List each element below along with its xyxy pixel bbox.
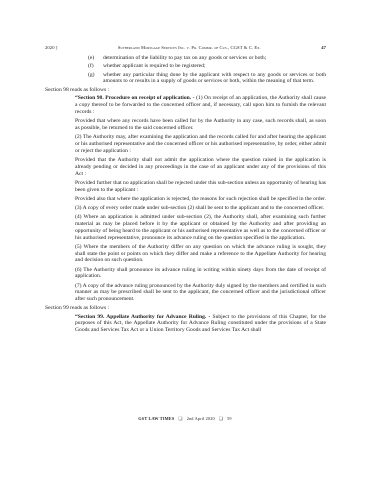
- footer-sheet-number: 59: [227, 416, 232, 421]
- clause-item: (g) whether any particular thing done by…: [88, 72, 326, 86]
- statute-heading: “Section 99. Appellate Authority for Adv…: [75, 314, 212, 320]
- statute-text: (7) A copy of the advance ruling pronoun…: [75, 283, 326, 303]
- statute-paragraph: “Section 98. Procedure on receipt of app…: [75, 95, 326, 115]
- footer-date: 2nd April 2020: [187, 416, 215, 421]
- header-year: 2020 ]: [45, 45, 57, 50]
- running-header: 2020 ] Sutherland Mortgage Services Inc.…: [45, 45, 326, 50]
- statute-text: (6) The Authority shall pronounce its ad…: [75, 267, 326, 280]
- statute-text: (5) Where the members of the Authority d…: [75, 244, 326, 264]
- clause-label: (e): [88, 55, 103, 62]
- statute-paragraph: Provided also that where the application…: [75, 196, 326, 203]
- section98-lead: Section 98 reads as follows :: [45, 87, 326, 94]
- header-page-number: 47: [321, 45, 326, 50]
- section99-lead: Section 99 reads as follows :: [45, 305, 326, 312]
- statute-text: Provided further that no application sha…: [75, 180, 326, 193]
- statute-text: (2) The Authority may, after examining t…: [75, 134, 326, 154]
- clause-label: (f): [88, 63, 103, 70]
- clause-text: determination of the liability to pay ta…: [103, 55, 326, 62]
- section98-quoted-block: “Section 98. Procedure on receipt of app…: [75, 95, 326, 302]
- statute-paragraph: “Section 99. Appellate Authority for Adv…: [75, 314, 326, 334]
- clause-text: whether applicant is required to be regi…: [103, 63, 326, 70]
- box-separator-icon: ❏: [178, 416, 182, 422]
- header-case-title: Sutherland Mortgage Services Inc. v. Pr.…: [57, 45, 321, 50]
- statute-paragraph: Provided further that no application sha…: [75, 180, 326, 194]
- clause-list: (e) determination of the liability to pa…: [88, 55, 326, 85]
- statute-paragraph: (4) Where an application is admitted und…: [75, 214, 326, 241]
- statute-paragraph: (5) Where the members of the Authority d…: [75, 244, 326, 264]
- statute-paragraph: Provided that the Authority shall not ad…: [75, 157, 326, 177]
- statute-paragraph: (2) The Authority may, after examining t…: [75, 134, 326, 154]
- statute-paragraph: (6) The Authority shall pronounce its ad…: [75, 267, 326, 281]
- clause-text: whether any particular thing done by the…: [103, 72, 326, 86]
- clause-label: (g): [88, 72, 103, 86]
- page-body: (e) determination of the liability to pa…: [45, 55, 326, 336]
- statute-text: (3) A copy of every order made under sub…: [75, 205, 324, 211]
- statute-paragraph: (7) A copy of the advance ruling pronoun…: [75, 283, 326, 303]
- footer-journal-name: GST LAW TIMES: [138, 416, 174, 421]
- statute-text: (4) Where an application is admitted und…: [75, 214, 326, 240]
- statute-heading: “Section 98. Procedure on receipt of app…: [75, 95, 196, 101]
- statute-text: Provided that where any records have bee…: [75, 118, 326, 131]
- document-page: 2020 ] Sutherland Mortgage Services Inc.…: [0, 0, 370, 480]
- clause-item: (e) determination of the liability to pa…: [88, 55, 326, 62]
- box-separator-icon: ❏: [219, 416, 223, 422]
- statute-text: Provided that the Authority shall not ad…: [75, 157, 326, 177]
- statute-paragraph: (3) A copy of every order made under sub…: [75, 205, 326, 212]
- section99-quoted-block: “Section 99. Appellate Authority for Adv…: [75, 314, 326, 334]
- statute-paragraph: Provided that where any records have bee…: [75, 118, 326, 132]
- running-footer: GST LAW TIMES❏2nd April 2020❏59: [0, 416, 370, 422]
- clause-item: (f) whether applicant is required to be …: [88, 63, 326, 70]
- statute-text: Provided also that where the application…: [75, 196, 326, 202]
